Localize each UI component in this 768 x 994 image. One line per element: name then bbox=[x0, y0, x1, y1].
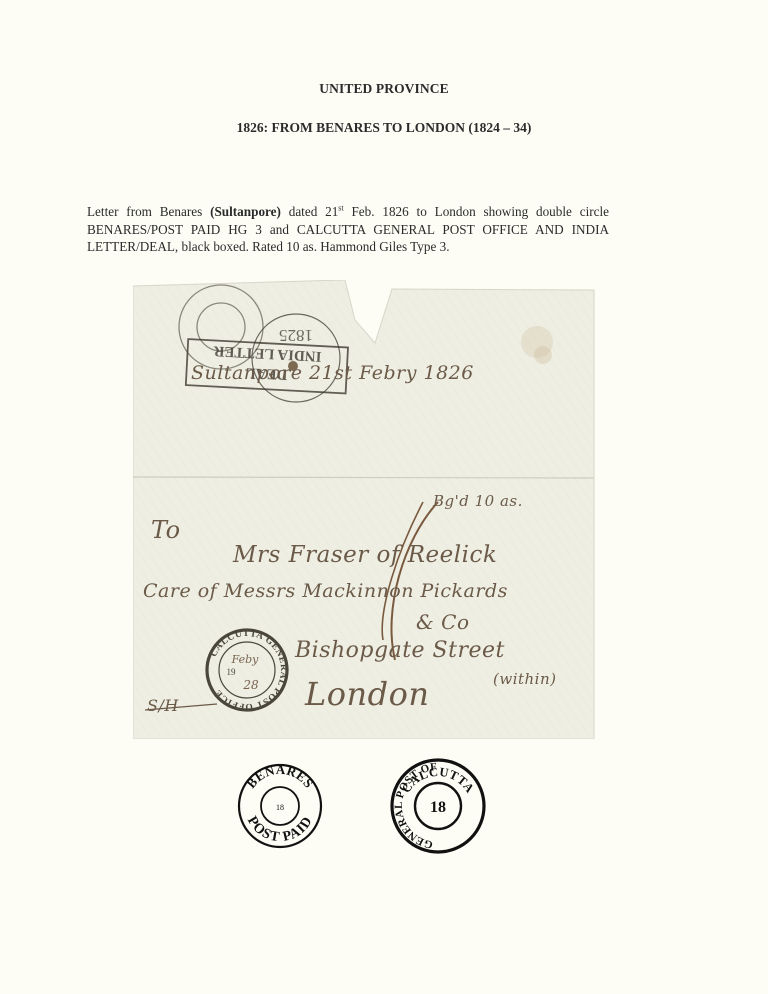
description-bold-place: (Sultanpore) bbox=[210, 204, 281, 219]
handwritten-city: London bbox=[305, 675, 429, 713]
handwritten-street: Bishopgate Street bbox=[295, 638, 505, 663]
svg-text:19: 19 bbox=[227, 667, 237, 677]
svg-text:18: 18 bbox=[276, 803, 284, 812]
description-paragraph: Letter from Benares (Sultanpore) dated 2… bbox=[87, 203, 609, 256]
svg-text:Feby: Feby bbox=[231, 653, 260, 666]
handwritten-rate: Bg'd 10 as. bbox=[433, 492, 523, 510]
handwritten-company: & Co bbox=[416, 610, 470, 634]
svg-text:18: 18 bbox=[430, 799, 446, 816]
handwritten-dateline: Sultanpore 21st Febry 1826 bbox=[191, 362, 474, 384]
svg-text:1825: 1825 bbox=[279, 326, 313, 345]
handwritten-to: To bbox=[151, 516, 181, 544]
page-title: UNITED PROVINCE bbox=[0, 81, 768, 97]
svg-text:28: 28 bbox=[242, 678, 259, 692]
page-subtitle: 1826: FROM BENARES TO LONDON (1824 – 34) bbox=[0, 120, 768, 136]
handwritten-care-of: Care of Messrs Mackinnon Pickards bbox=[143, 580, 508, 602]
description-text-2: dated 21 bbox=[281, 204, 338, 219]
benares-post-paid-illustration: BENARES POST PAID 18 bbox=[237, 763, 323, 849]
handwritten-crossed-out: S/H bbox=[147, 696, 179, 715]
svg-text:POST PAID: POST PAID bbox=[244, 814, 316, 845]
handwritten-within: (within) bbox=[493, 670, 557, 688]
calcutta-gpo-illustration: CALCUTTA GENERAL POST OFFICE 18 bbox=[390, 758, 486, 854]
letter-cover-image: 1825 DEAL INDIA LETTER CALCUTTA GENERAL … bbox=[133, 280, 595, 739]
description-text-1: Letter from Benares bbox=[87, 204, 210, 219]
handwritten-addressee: Mrs Fraser of Reelick bbox=[233, 542, 497, 568]
